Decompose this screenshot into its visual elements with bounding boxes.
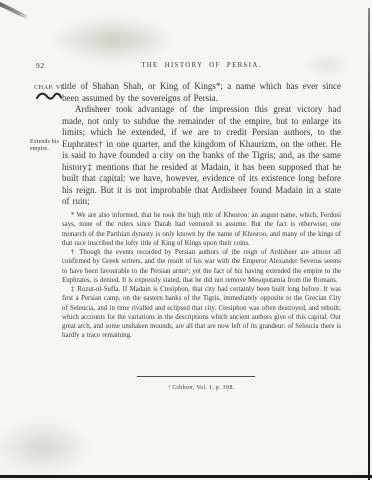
footnote: * We are also informed, that he took the…	[62, 211, 341, 248]
bottom-reference: ¹ Gibbon, Vol. I. p. 398.	[62, 384, 341, 391]
footnotes-block: * We are also informed, that he took the…	[62, 211, 341, 341]
page-number: 92	[36, 61, 45, 70]
footnote: † Though the events recorded by Persian …	[62, 248, 341, 285]
body-paragraph: title of Shahan Shah, or King of Kings*;…	[62, 81, 341, 104]
scan-corner-streak	[0, 0, 30, 20]
margin-note: Extends his empire.	[30, 139, 63, 153]
scan-edge-bottom	[0, 475, 372, 478]
running-header: THE HISTORY OF PERSIA.	[62, 62, 341, 69]
footnote: ‡ Rozut-ul-Suffa. If Madain is Ctesiphon…	[62, 285, 341, 341]
footnote-rule	[137, 376, 255, 377]
book-page-scan: 92 THE HISTORY OF PERSIA. CHAP. VI. Exte…	[0, 0, 372, 480]
scan-edge-right	[368, 8, 370, 480]
body-paragraph: Ardisheer took advantage of the impressi…	[62, 104, 341, 208]
chapter-label: CHAP. VI.	[34, 84, 65, 91]
scan-smudge	[0, 412, 108, 480]
chapter-flourish-icon	[36, 92, 62, 101]
scan-smudge	[28, 10, 198, 70]
body-text-block: title of Shahan Shah, or King of Kings*;…	[62, 81, 341, 208]
